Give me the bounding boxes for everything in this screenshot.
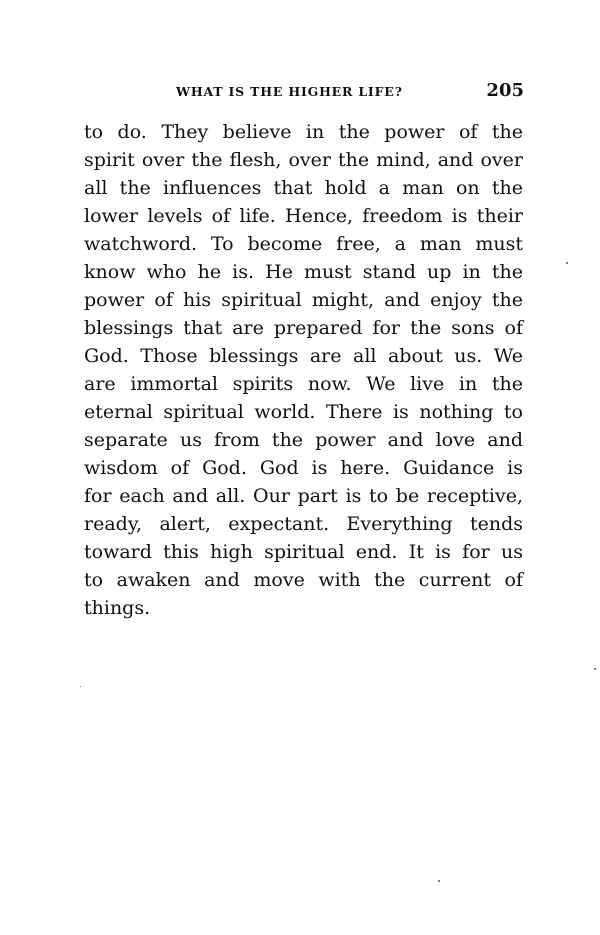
text-line: lower levels of life. Hence, freedom is … — [84, 202, 523, 230]
scan-speck — [566, 262, 568, 264]
text-line: watchword. To become free, a man must — [84, 230, 523, 258]
text-line: for each and all. Our part is to be rece… — [84, 482, 523, 510]
text-line: blessings that are prepared for the sons… — [84, 314, 523, 342]
scan-speck — [438, 880, 440, 882]
text-line: spirit over the flesh, over the mind, an… — [84, 146, 523, 174]
scan-speck — [80, 686, 81, 687]
text-line: know who he is. He must stand up in the — [84, 258, 523, 286]
page-number: 205 — [486, 80, 524, 101]
text-line: are immortal spirits now. We live in the — [84, 370, 523, 398]
text-line: God. Those blessings are all about us. W… — [84, 342, 523, 370]
text-line: wisdom of God. God is here. Guidance is — [84, 454, 523, 482]
text-line: power of his spiritual might, and enjoy … — [84, 286, 523, 314]
body-paragraph: to do. They believe in the power of the … — [84, 118, 523, 622]
text-line: all the influences that hold a man on th… — [84, 174, 523, 202]
scan-speck — [594, 668, 596, 670]
running-head: WHAT IS THE HIGHER LIFE? 205 — [176, 80, 524, 104]
text-line: toward this high spiritual end. It is fo… — [84, 538, 523, 566]
text-line: to do. They believe in the power of the — [84, 118, 523, 146]
text-line: separate us from the power and love and — [84, 426, 523, 454]
book-page: WHAT IS THE HIGHER LIFE? 205 to do. They… — [0, 0, 600, 935]
text-line: eternal spiritual world. There is nothin… — [84, 398, 523, 426]
text-line: ready, alert, expectant. Everything tend… — [84, 510, 523, 538]
running-title: WHAT IS THE HIGHER LIFE? — [176, 84, 403, 99]
text-line-last: things. — [84, 594, 523, 622]
text-line: to awaken and move with the current of — [84, 566, 523, 594]
